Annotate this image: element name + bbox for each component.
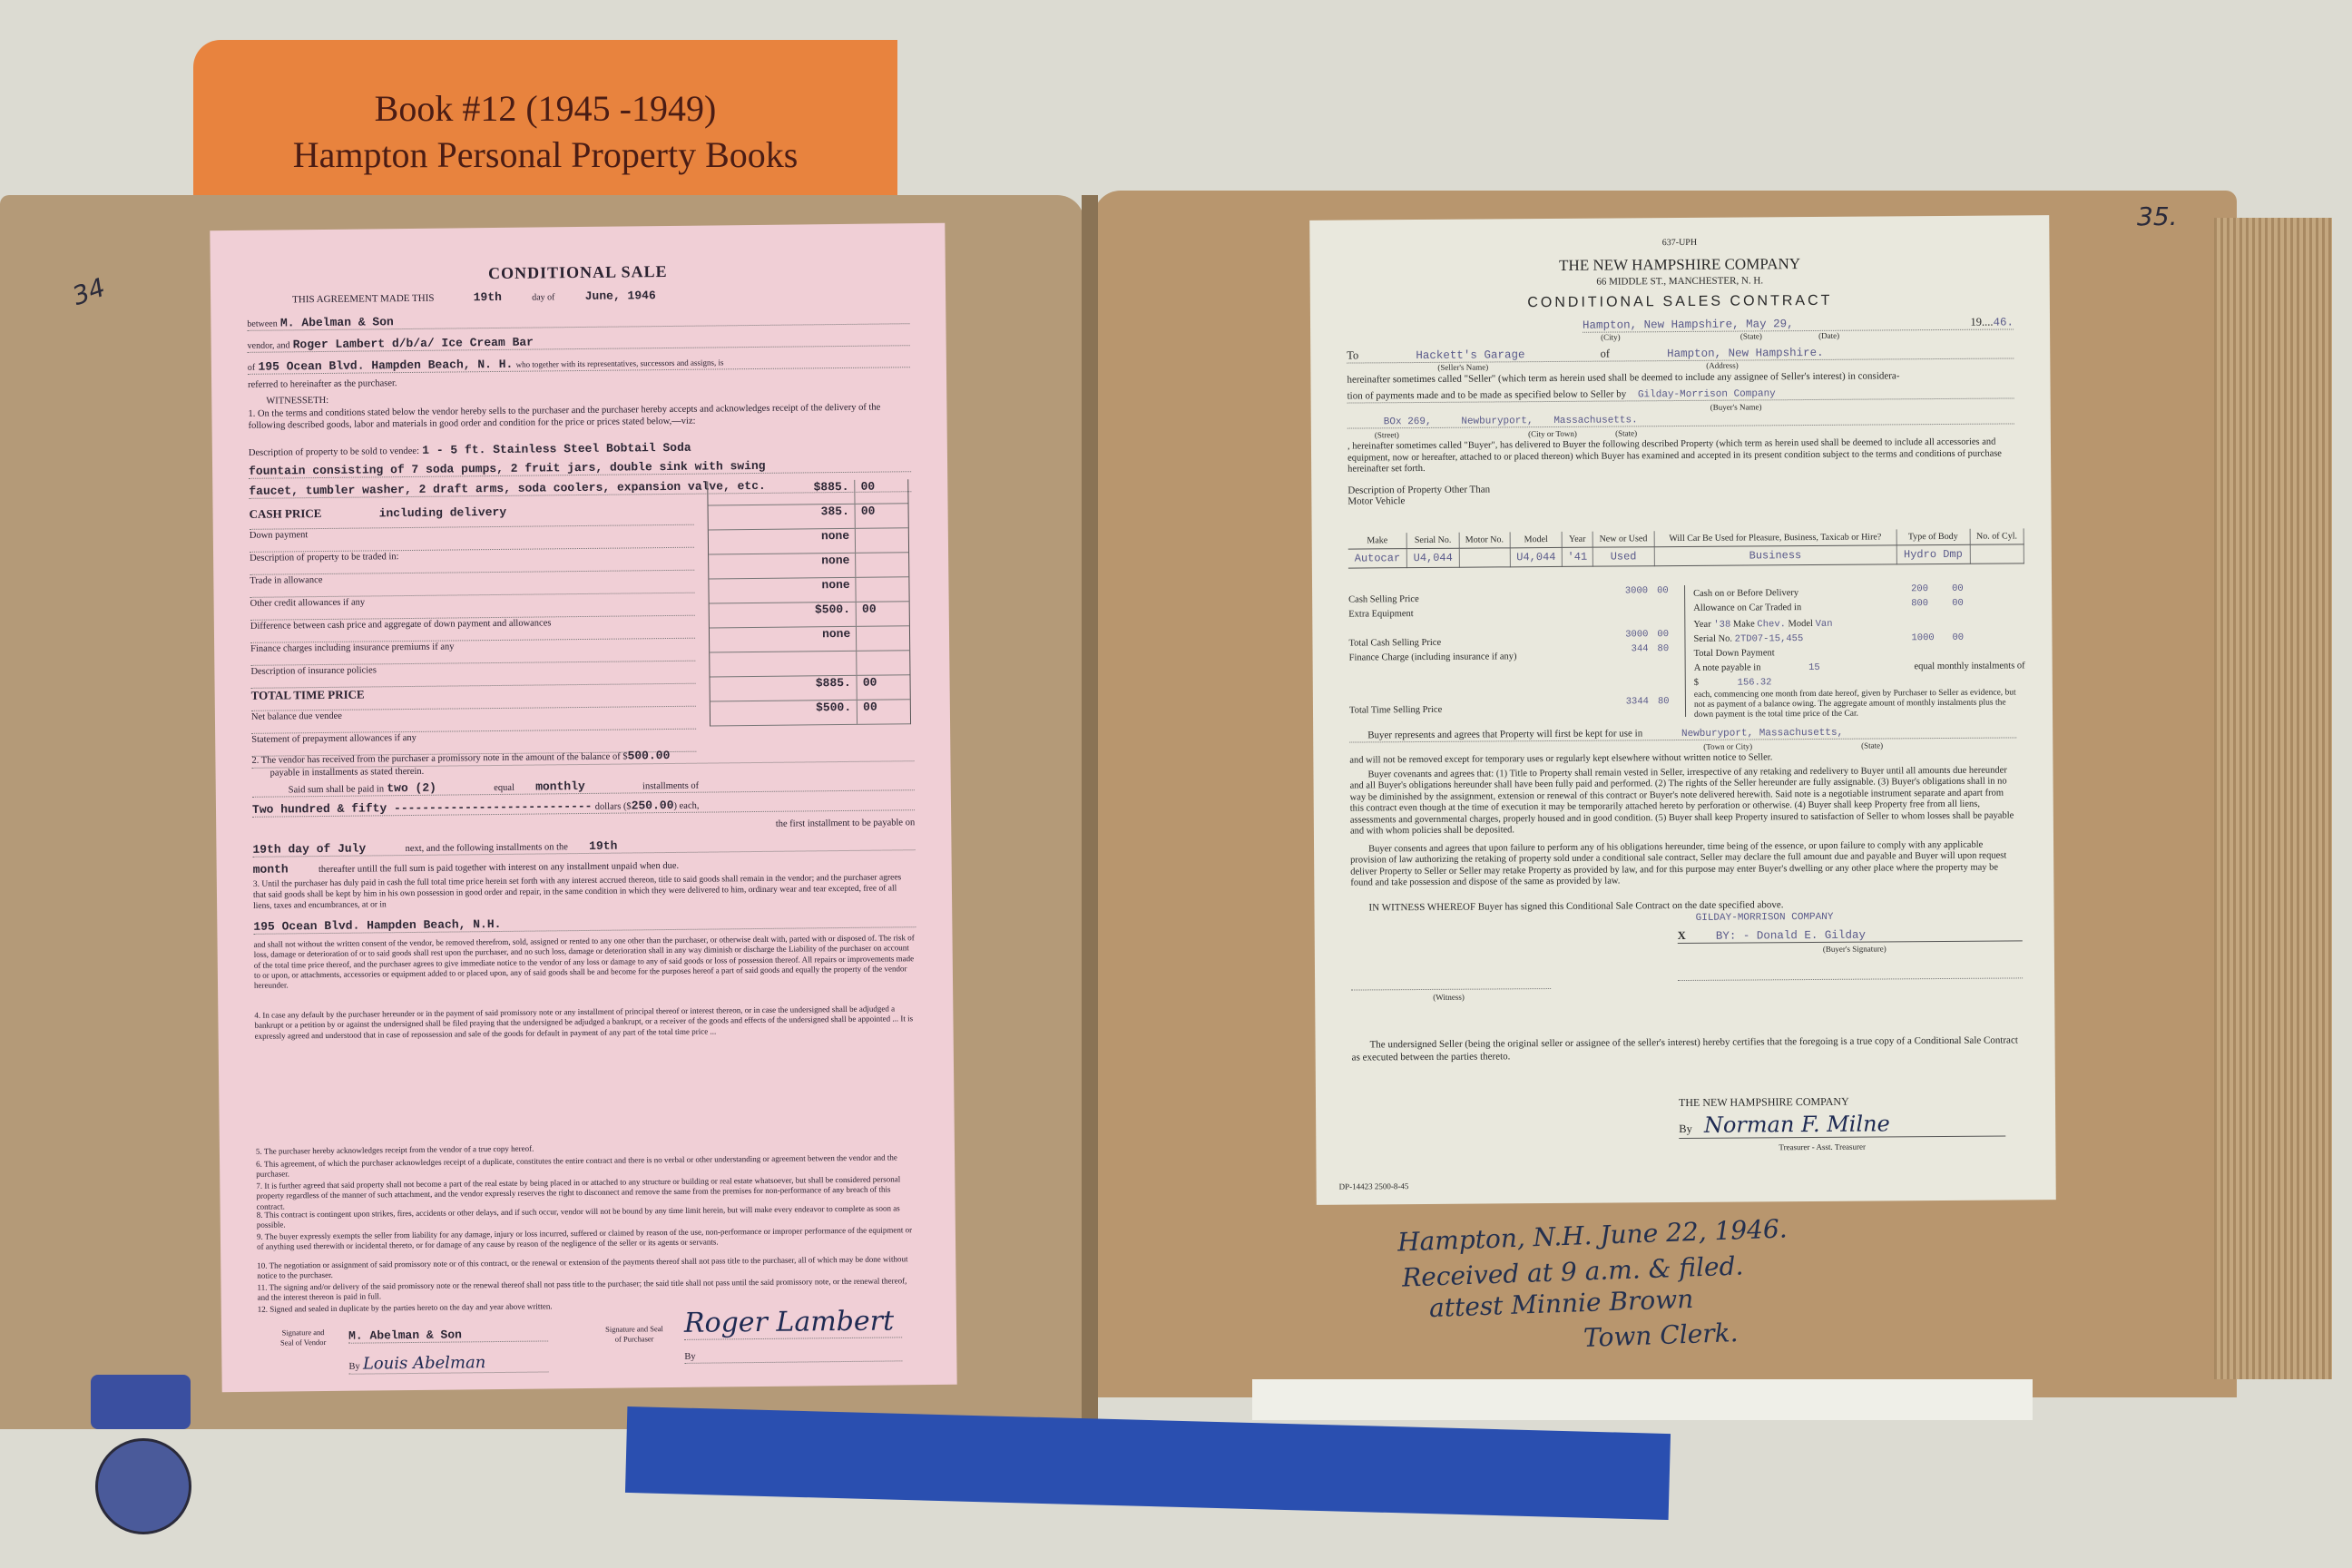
header-cylinders: No. of Cyl. [1970, 528, 2024, 544]
buyer-company-stamp: GILDAY-MORRISON COMPANY [1696, 912, 1834, 924]
address-suffix: who together with its representatives, s… [516, 358, 724, 368]
clause-3-location: 195 Ocean Blvd. Hampden Beach, N.H. [253, 913, 916, 935]
cell-year: '41 [1562, 547, 1592, 566]
cell-usage: Business [1654, 545, 1896, 566]
header-motor: Motor No. [1459, 532, 1510, 548]
note-count: 15 [1808, 662, 1820, 673]
amount-figure: 250.00 [632, 799, 674, 812]
day-of-label: day of [532, 292, 554, 302]
trade-make-label: Make [1733, 619, 1755, 629]
form-number: 637-UPH [1346, 235, 2013, 250]
buyer-name: Gilday-Morrison Company [1638, 388, 1776, 400]
trade-allowance-cents-right: 00 [1952, 598, 1964, 609]
total-time-selling-price-dollars: 3344 [1594, 696, 1649, 707]
net-balance-cents: 00 [857, 700, 910, 724]
purchaser-name: Roger Lambert d/b/a/ Ice Cream Bar [293, 336, 534, 352]
header-serial: Serial No. [1406, 533, 1458, 549]
cell-serial: U4,044 [1406, 548, 1459, 567]
para-1c: , hereinafter sometimes called "Buyer", … [1347, 436, 2014, 475]
header-year: Year [1562, 532, 1592, 548]
contract-title: CONDITIONAL SALES CONTRACT [1347, 291, 2014, 312]
address-caption: (Address) [1706, 361, 1739, 370]
finance-charge-cents: 80 [1657, 643, 1684, 654]
para-1b: tion of payments made and to be made as … [1347, 388, 1627, 401]
referred-text: referred to hereinafter as the purchaser… [248, 372, 910, 391]
total-cash-selling-price-cents: 00 [1657, 629, 1684, 640]
trade-serial: 2TD07-15,455 [1735, 633, 1804, 645]
finance-section: Cash Selling Price 3000 00 Extra Equipme… [1348, 583, 2025, 719]
loose-papers [1252, 1379, 2033, 1420]
para-2: and will not be removed except for tempo… [1349, 750, 2016, 765]
company-name: THE NEW HAMPSHIRE COMPANY [1347, 253, 2014, 276]
total-cash-selling-price-dollars: 3000 [1593, 629, 1648, 640]
between-label: between [247, 319, 277, 329]
note-tail: each, commencing one month from date her… [1694, 688, 2025, 720]
trade-allowance-value: none [709, 554, 856, 579]
to-label: To [1347, 348, 1358, 361]
cash-price-dollars: $885. [708, 480, 855, 505]
of-label: of [248, 363, 255, 373]
finance-right: Cash on or Before Delivery 200 00 Allowa… [1693, 583, 2025, 717]
cash-price-cents: 00 [854, 479, 907, 504]
second-signature-line [1678, 968, 2023, 981]
buyer-street: BOx 269, [1384, 416, 1432, 427]
use-location-label: Buyer represents and agrees that Propert… [1367, 728, 1642, 740]
buyer-caption: (Buyer's Name) [1710, 400, 2014, 411]
witness-caption: (Witness) [1433, 993, 1465, 1002]
seller-address: Hampton, New Hampshire. [1667, 347, 1824, 360]
cash-price-note: including delivery [379, 505, 507, 520]
trade-year-label: Year [1693, 620, 1710, 630]
agreement-month-year: June, 1946 [585, 289, 656, 303]
vendor-name: M. Abelman & Son [280, 315, 394, 329]
cell-make: Autocar [1348, 549, 1407, 568]
agreement-prefix: THIS AGREEMENT MADE THIS [292, 293, 434, 306]
installment-frequency: monthly [535, 779, 585, 794]
note-suffix: equal monthly instalments of [1914, 661, 2024, 671]
first-installment-date: 19th day of July [252, 842, 366, 857]
trade-desc-value: none [709, 529, 856, 554]
seller-by-label: By [1679, 1122, 1692, 1135]
dollars-label: dollars ($ [595, 801, 632, 811]
next-text: next, and the following installments on … [405, 842, 567, 854]
purchaser-signature: Roger Lambert [684, 1305, 902, 1340]
conditional-sale-document: CONDITIONAL SALE THIS AGREEMENT MADE THI… [210, 223, 956, 1392]
cash-on-delivery-value: 200 [1911, 583, 1928, 594]
cash-selling-price-cents: 00 [1657, 585, 1684, 596]
doc-title: CONDITIONAL SALE [247, 260, 909, 286]
state-caption: (State) [1740, 331, 1762, 340]
price-labels: CASH PRICE including delivery Down payme… [250, 503, 697, 757]
header-usage: Will Car Be Used for Pleasure, Business,… [1654, 529, 1896, 546]
note-prefix: A note payable in [1694, 662, 1761, 673]
street-caption: (Street) [1375, 430, 1399, 439]
difference-dollars: $500. [710, 603, 857, 628]
installment-count: two (2) [387, 781, 436, 796]
description-other-label: Description of Property Other Than Motor… [1347, 484, 1493, 506]
thereafter-text: thereafter untill the full sum is paid t… [318, 861, 679, 875]
total-down-label: Total Down Payment [1694, 648, 1775, 659]
seller-company: THE NEW HAMPSHIRE COMPANY [1679, 1095, 1849, 1110]
total-down-value: 1000 [1911, 632, 1934, 643]
book-label-tab: Book #12 (1945 -1949) Hampton Personal P… [193, 40, 897, 221]
witness-clause: IN WITNESS WHEREOF Buyer has signed this… [1368, 897, 2017, 913]
trade-year: '38 [1713, 620, 1730, 631]
down-payment-dollars: 385. [709, 505, 856, 530]
city-caption: (City) [1601, 332, 1621, 341]
place-date: Hampton, New Hampshire, May 29, [1583, 318, 1794, 332]
para-1a: hereinafter sometimes called "Seller" (w… [1347, 369, 2014, 385]
following-day: 19th [589, 839, 617, 853]
vendor-signature: Louis Abelman [363, 1353, 486, 1373]
price-amounts-column: $885.00 385.00 none none none $500.00 no… [707, 479, 911, 726]
purchaser-address: 195 Ocean Blvd. Hampden Beach, N. H. [258, 358, 513, 374]
finance-left: Cash Selling Price 3000 00 Extra Equipme… [1348, 585, 1686, 720]
vendor-signature-label: Signature and Seal of Vendor [276, 1328, 330, 1347]
other-credit-value: none [709, 578, 856, 603]
trade-serial-label: Serial No. [1693, 634, 1732, 644]
down-payment-cents: 00 [855, 504, 908, 528]
trade-make: Chev. [1757, 619, 1786, 630]
state-caption-2: (State) [1615, 428, 1637, 437]
form-code: DP-14423 2500-8-45 [1339, 1181, 1409, 1191]
clerk-note-line4: Town Clerk. [1583, 1318, 1739, 1353]
net-balance-dollars: $500. [710, 701, 857, 726]
cash-price-label: CASH PRICE [250, 506, 322, 521]
buyer-city: Newburyport, [1461, 416, 1533, 427]
vehicle-table: Make Serial No. Motor No. Model Year New… [1348, 528, 2024, 568]
note-amount: 156.32 [1738, 677, 1772, 688]
purchaser-by-label: By [684, 1348, 902, 1364]
seller-caption: (Seller's Name) [1437, 362, 1488, 371]
clause-3: 3. Until the purchaser has duly paid in … [253, 873, 916, 912]
conditional-sales-contract-document: 637-UPH THE NEW HAMPSHIRE COMPANY 66 MID… [1309, 215, 2056, 1205]
finance-charge-dollars: 344 [1593, 643, 1648, 654]
total-time-price-dollars: $885. [710, 676, 857, 701]
clause-4: 4. In case any default by the purchaser … [254, 1004, 917, 1129]
town-caption: (Town or City) [1703, 741, 1752, 750]
buyer-signature-caption: (Buyer's Signature) [1823, 944, 1886, 953]
cell-cylinders [1970, 544, 2024, 563]
para-4: Buyer consents and agrees that upon fail… [1350, 839, 2017, 889]
installments-of-label: installments of [642, 781, 699, 792]
year-prefix: 19 [1970, 316, 1982, 328]
cell-model: U4,044 [1510, 547, 1563, 566]
of-label-right: of [1601, 348, 1611, 360]
description-line-1: 1 - 5 ft. Stainless Steel Bobtail Soda [422, 441, 691, 457]
vendor-and-label: vendor, and [248, 340, 290, 350]
equal-label: equal [494, 783, 514, 793]
vehicle-table-row: Autocar U4,044 U4,044 '41 Used Business … [1348, 544, 2024, 568]
description-label: Description of property to be sold to ve… [249, 446, 419, 458]
description-line-2: fountain consisting of 7 soda pumps, 2 f… [249, 457, 911, 479]
use-location: Newburyport, Massachusetts, [1681, 728, 1843, 740]
amount-words: Two hundred & fifty --------------------… [252, 799, 593, 817]
seller-signature: Norman F. Milne [1704, 1111, 1890, 1137]
ledger-spine [1082, 195, 1098, 1429]
page-number-right: 35. [2137, 201, 2178, 231]
certify-text: The undersigned Seller (being the origin… [1352, 1034, 2019, 1064]
total-time-price-label: TOTAL TIME PRICE [251, 688, 365, 702]
each-label: ) each, [673, 801, 699, 811]
total-cash-selling-price-label: Total Cash Selling Price [1348, 637, 1584, 649]
company-address: 66 MIDDLE ST., MANCHESTER, N. H. [1347, 273, 2014, 289]
each-period: month [253, 862, 289, 876]
trade-model-label: Model [1788, 619, 1813, 629]
difference-cents: 00 [856, 602, 909, 626]
cash-selling-price-dollars: 3000 [1593, 585, 1648, 596]
vendor-by-label: By [348, 1362, 359, 1372]
header-model: Model [1510, 532, 1562, 548]
cash-on-delivery-label: Cash on or Before Delivery [1693, 588, 1798, 599]
total-time-selling-price-cents: 80 [1658, 696, 1685, 707]
first-installment-text: the first installment to be payable on [252, 817, 915, 836]
city-town-caption: (City or Town) [1528, 429, 1577, 438]
seller-name: Hackett's Garage [1416, 348, 1524, 362]
cell-motor [1459, 548, 1510, 567]
trade-allowance-value-right: 800 [1911, 598, 1928, 609]
extra-equipment-label: Extra Equipment [1348, 608, 1584, 620]
total-time-selling-price-label: Total Time Selling Price [1349, 704, 1585, 716]
cell-new-used: Used [1592, 547, 1654, 566]
cell-body: Hydro Dmp [1896, 544, 1970, 564]
header-body: Type of Body [1896, 529, 1970, 545]
book-label-line2: Hampton Personal Property Books [193, 133, 897, 176]
vendor-typed-name: M. Abelman & Son [348, 1327, 548, 1343]
trade-allowance-label-right: Allowance on Car Traded in [1693, 603, 1801, 613]
state-caption-3: (State) [1861, 740, 1883, 750]
said-sum-label: Said sum shall be paid in [289, 784, 384, 795]
date-caption: (Date) [1818, 331, 1839, 340]
agreement-day: 19th [474, 290, 502, 304]
para-3: Buyer covenants and agrees that: (1) Tit… [1349, 765, 2017, 837]
header-make: Make [1348, 533, 1407, 549]
total-down-cents: 00 [1952, 632, 1964, 643]
cash-selling-price-label: Cash Selling Price [1348, 593, 1584, 605]
contract-year: 46. [1993, 316, 2014, 328]
note-balance: 500.00 [627, 749, 670, 762]
ledger-page-edges [2214, 218, 2332, 1379]
buyer-x-mark: X [1678, 929, 1686, 942]
finance-charge-label: Finance Charge (including insurance if a… [1349, 652, 1585, 663]
header-new-used: New or Used [1592, 531, 1654, 547]
treasurer-caption: Treasurer - Asst. Treasurer [1779, 1142, 1866, 1152]
binder-clip [91, 1375, 191, 1538]
cash-on-delivery-cents: 00 [1952, 583, 1964, 594]
witness-line [1351, 979, 1551, 991]
book-label-line1: Book #12 (1945 -1949) [193, 87, 897, 130]
finance-charges-value: none [710, 627, 857, 652]
clause-3-continued: and shall not without the written consen… [254, 933, 917, 991]
buyer-state: Massachusetts. [1553, 415, 1638, 426]
purchaser-signature-label: Signature and Seal of Purchaser [603, 1324, 666, 1344]
buyer-signature: BY: - Donald E. Gilday [1716, 929, 1866, 943]
blue-tape [625, 1406, 1671, 1520]
total-time-price-cents: 00 [857, 675, 910, 700]
trade-model: Van [1816, 619, 1833, 630]
